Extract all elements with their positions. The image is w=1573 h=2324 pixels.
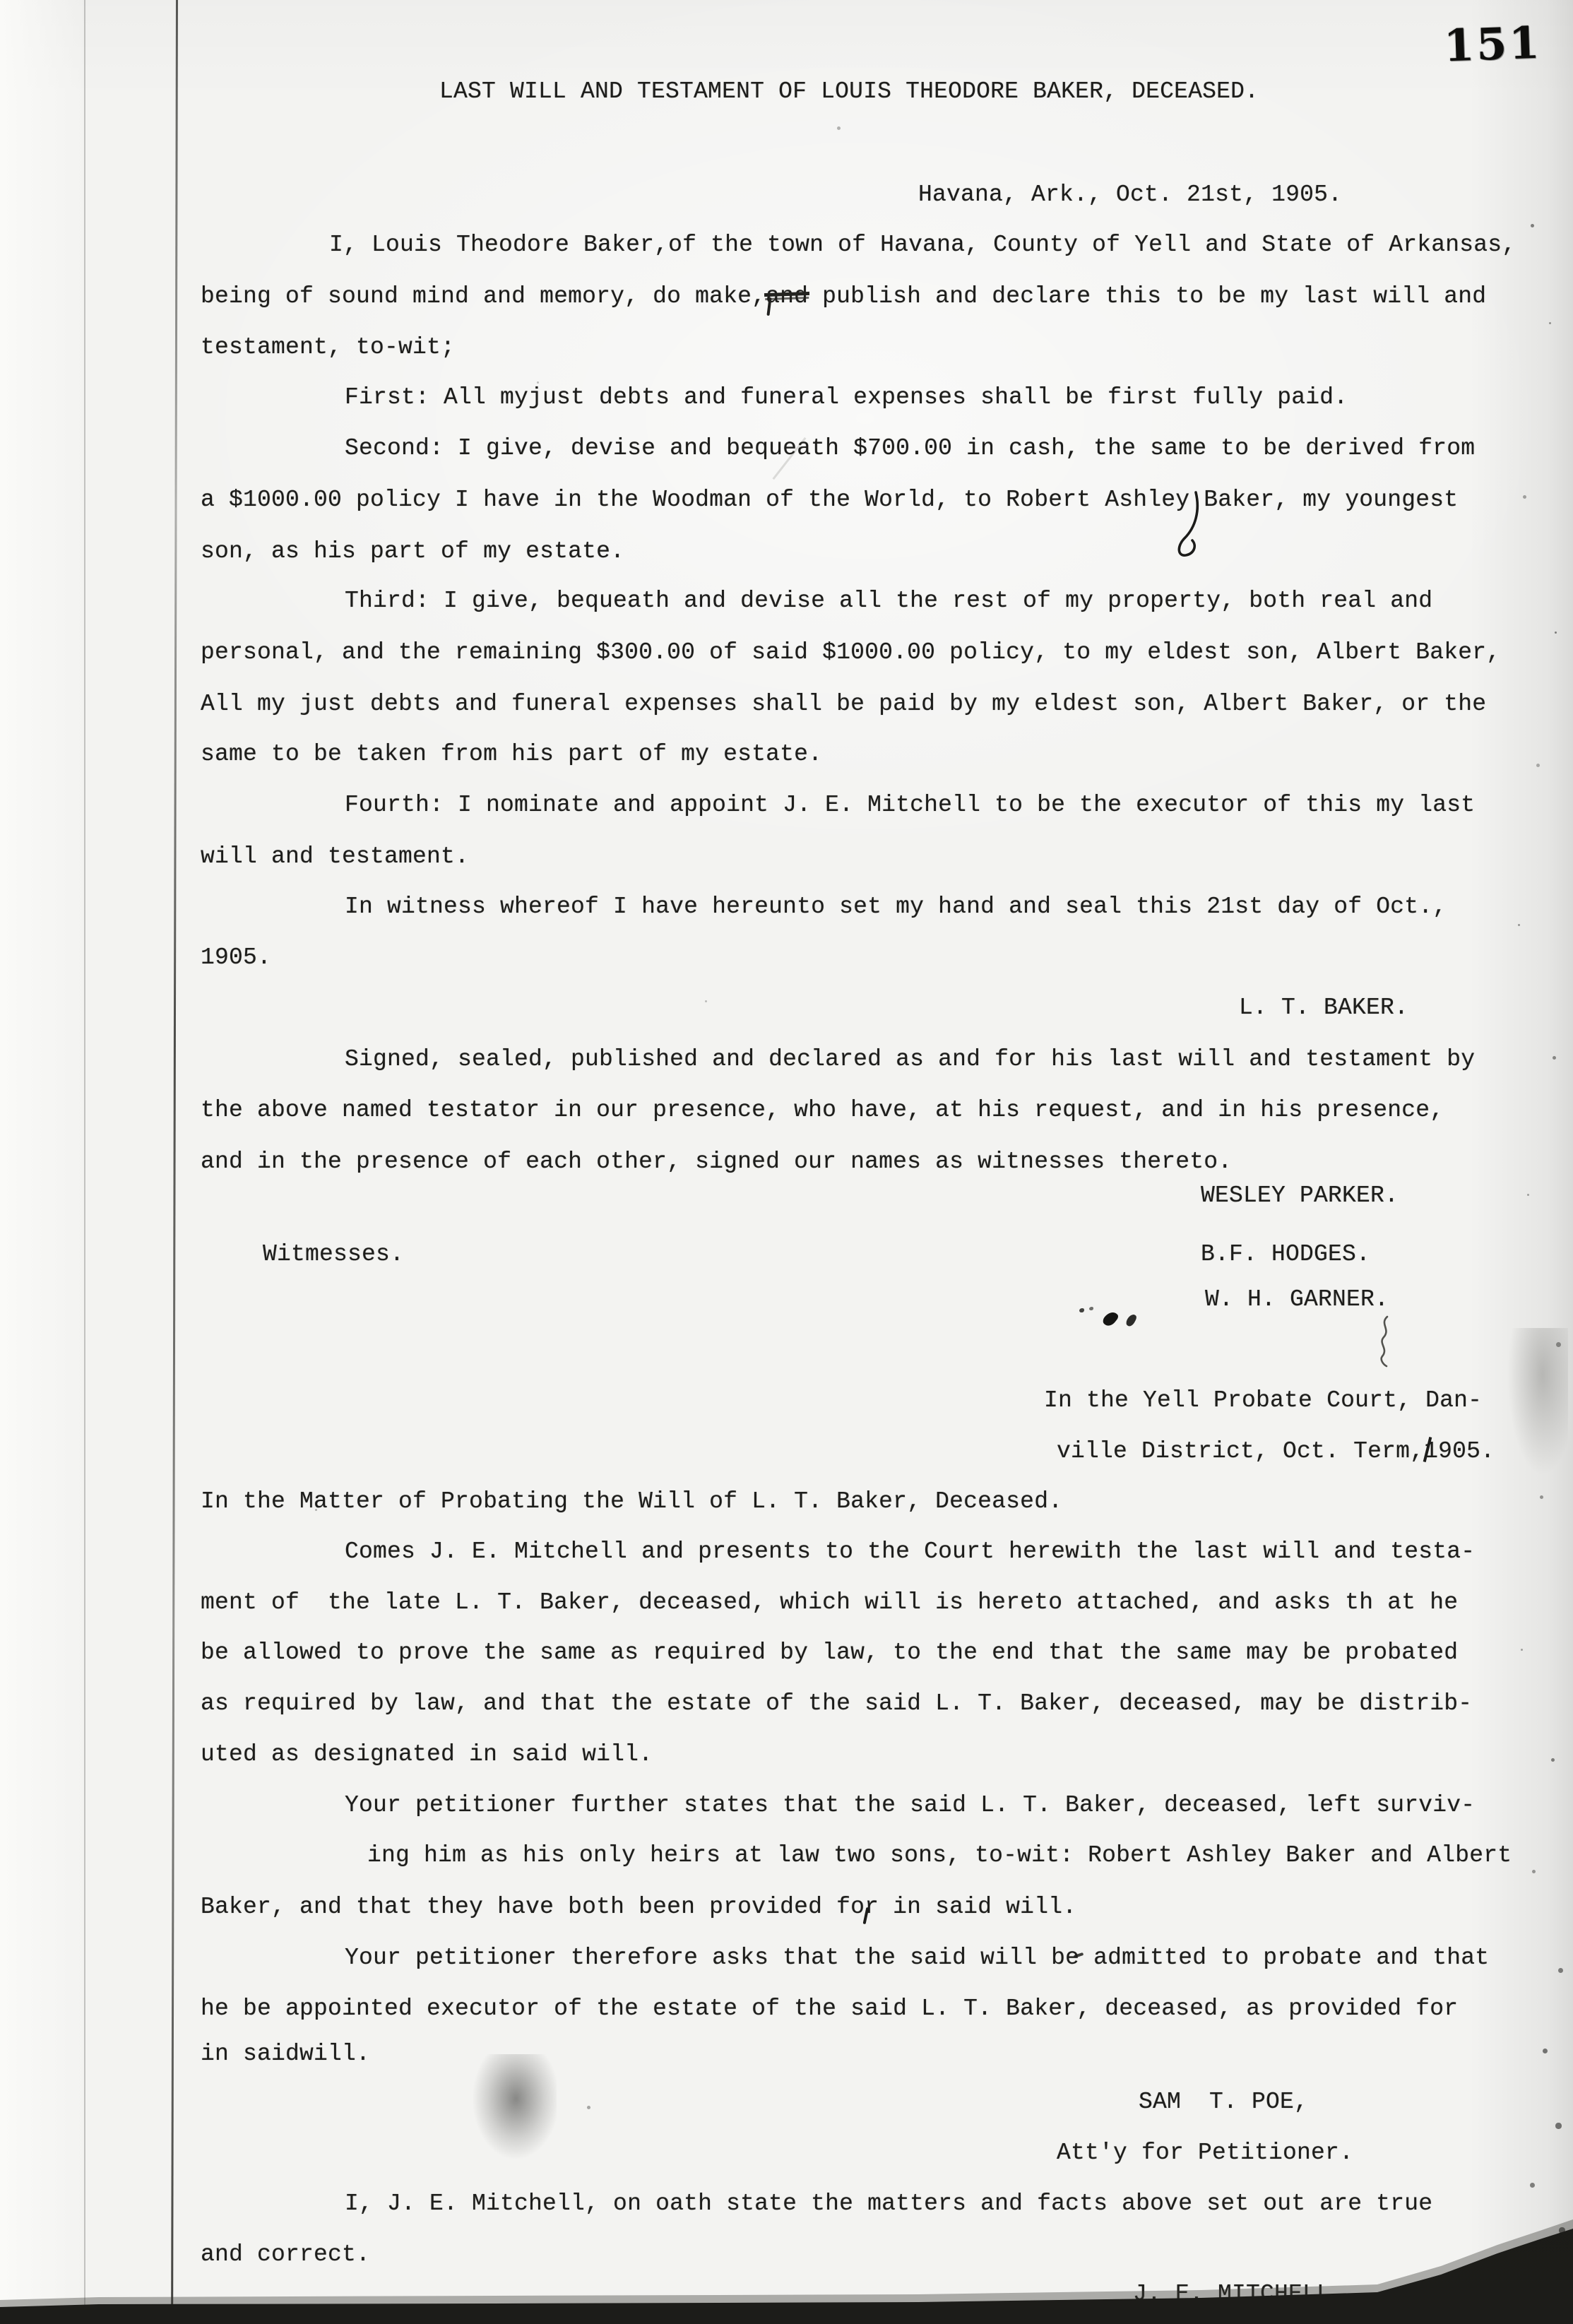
- text-line: ing him as his only heirs at law two son…: [367, 1842, 1512, 1870]
- page-number: 151: [1443, 17, 1543, 72]
- text-line: I, J. E. Mitchell, on oath state the mat…: [345, 2190, 1432, 2218]
- text-line: the above named testator in our presence…: [201, 1096, 1444, 1125]
- text-segment: 905.: [1438, 1438, 1495, 1464]
- text-line: 1905.: [201, 944, 271, 972]
- text-line: Your petitioner further states that the …: [345, 1791, 1475, 1820]
- case-title: In the Matter of Probating the Will of L…: [201, 1488, 1062, 1516]
- margin-line-outer: [84, 0, 85, 2324]
- text-line: I, Louis Theodore Baker,of the town of H…: [329, 231, 1516, 259]
- ink-smudge: [472, 2054, 557, 2160]
- text-line: personal, and the remaining $300.00 of s…: [201, 639, 1500, 667]
- text-line: Second: I give, devise and bequeath $700…: [345, 434, 1475, 463]
- text-line: Fourth: I nominate and appoint J. E. Mit…: [345, 791, 1475, 819]
- scanned-page: 151 LAST WILL AND TESTAMENT OF LOUIS THE…: [0, 0, 1573, 2324]
- struck-word: and: [766, 283, 808, 309]
- text-line: a $1000.00 policy I have in the Woodman …: [201, 486, 1458, 514]
- ink-marks: [1079, 1303, 1157, 1338]
- overtyped-char: 1: [1424, 1438, 1438, 1464]
- text-line: All my just debts and funeral expenses s…: [201, 690, 1486, 718]
- text-line: In witness whereof I have hereunto set m…: [345, 893, 1447, 921]
- text-line: testament, to-wit;: [201, 333, 455, 362]
- text-line: being of sound mind and memory, do make,…: [201, 283, 1486, 311]
- text-line: son, as his part of my estate.: [201, 538, 624, 566]
- text-line: be allowed to prove the same as required…: [201, 1639, 1458, 1667]
- witness-signature-hodges: B.F. HODGES.: [1201, 1240, 1370, 1269]
- text-line: and correct.: [201, 2241, 370, 2269]
- text-line: same to be taken from his part of my est…: [201, 740, 822, 769]
- dateline: Havana, Ark., Oct. 21st, 1905.: [918, 181, 1342, 209]
- text-segment: being of sound mind and memory, do make,: [201, 283, 766, 309]
- ink-squiggle-icon: [1376, 1315, 1394, 1368]
- text-line: in saidwill.: [201, 2040, 370, 2068]
- handwritten-y-correction-icon: [1173, 490, 1206, 564]
- ink-blot-icon: [1101, 1309, 1120, 1328]
- text-line: Baker, and that they have both been prov…: [201, 1893, 1076, 1921]
- witness-signature-garner: W. H. GARNER.: [1205, 1286, 1389, 1314]
- testator-signature: L. T. BAKER.: [1239, 994, 1408, 1022]
- text-line: Comes J. E. Mitchell and presents to the…: [345, 1538, 1475, 1566]
- court-caption-line-1: In the Yell Probate Court, Dan-: [1044, 1387, 1482, 1415]
- text-line: First: All myjust debts and funeral expe…: [345, 384, 1348, 412]
- text-line: ment of the late L. T. Baker, deceased, …: [201, 1589, 1458, 1617]
- text-line: uted as designated in said will.: [201, 1741, 653, 1769]
- margin-line: [171, 0, 178, 2324]
- attorney-signature: SAM T. POE,: [1139, 2088, 1308, 2116]
- dust-speckles: [0, 0, 2, 2]
- text-line: will and testament.: [201, 843, 469, 871]
- edge-smudge: [1504, 1328, 1568, 1483]
- ink-blot-icon: [1124, 1312, 1137, 1327]
- ink-dot-icon: [1079, 1308, 1084, 1312]
- text-line: Third: I give, bequeath and devise all t…: [345, 587, 1432, 615]
- text-line: and in the presence of each other, signe…: [201, 1148, 1232, 1176]
- court-caption-line-2: ville District, Oct. Term,1905.: [1057, 1437, 1495, 1466]
- text-line: he be appointed executor of the estate o…: [201, 1995, 1458, 2023]
- text-line: as required by law, and that the estate …: [201, 1690, 1472, 1718]
- witnesses-label: Witmesses.: [263, 1240, 404, 1269]
- ink-dot-icon: [1089, 1307, 1093, 1310]
- document-title: LAST WILL AND TESTAMENT OF LOUIS THEODOR…: [439, 78, 1259, 106]
- witness-signature-parker: WESLEY PARKER.: [1201, 1182, 1399, 1210]
- attorney-title: Att'y for Petitioner.: [1057, 2139, 1353, 2167]
- text-line: Signed, sealed, published and declared a…: [345, 1045, 1475, 1074]
- text-segment: ville District, Oct. Term,: [1057, 1438, 1424, 1464]
- text-segment: publish and declare this to be my last w…: [808, 283, 1486, 309]
- text-line: Your petitioner therefore asks that the …: [345, 1944, 1489, 1972]
